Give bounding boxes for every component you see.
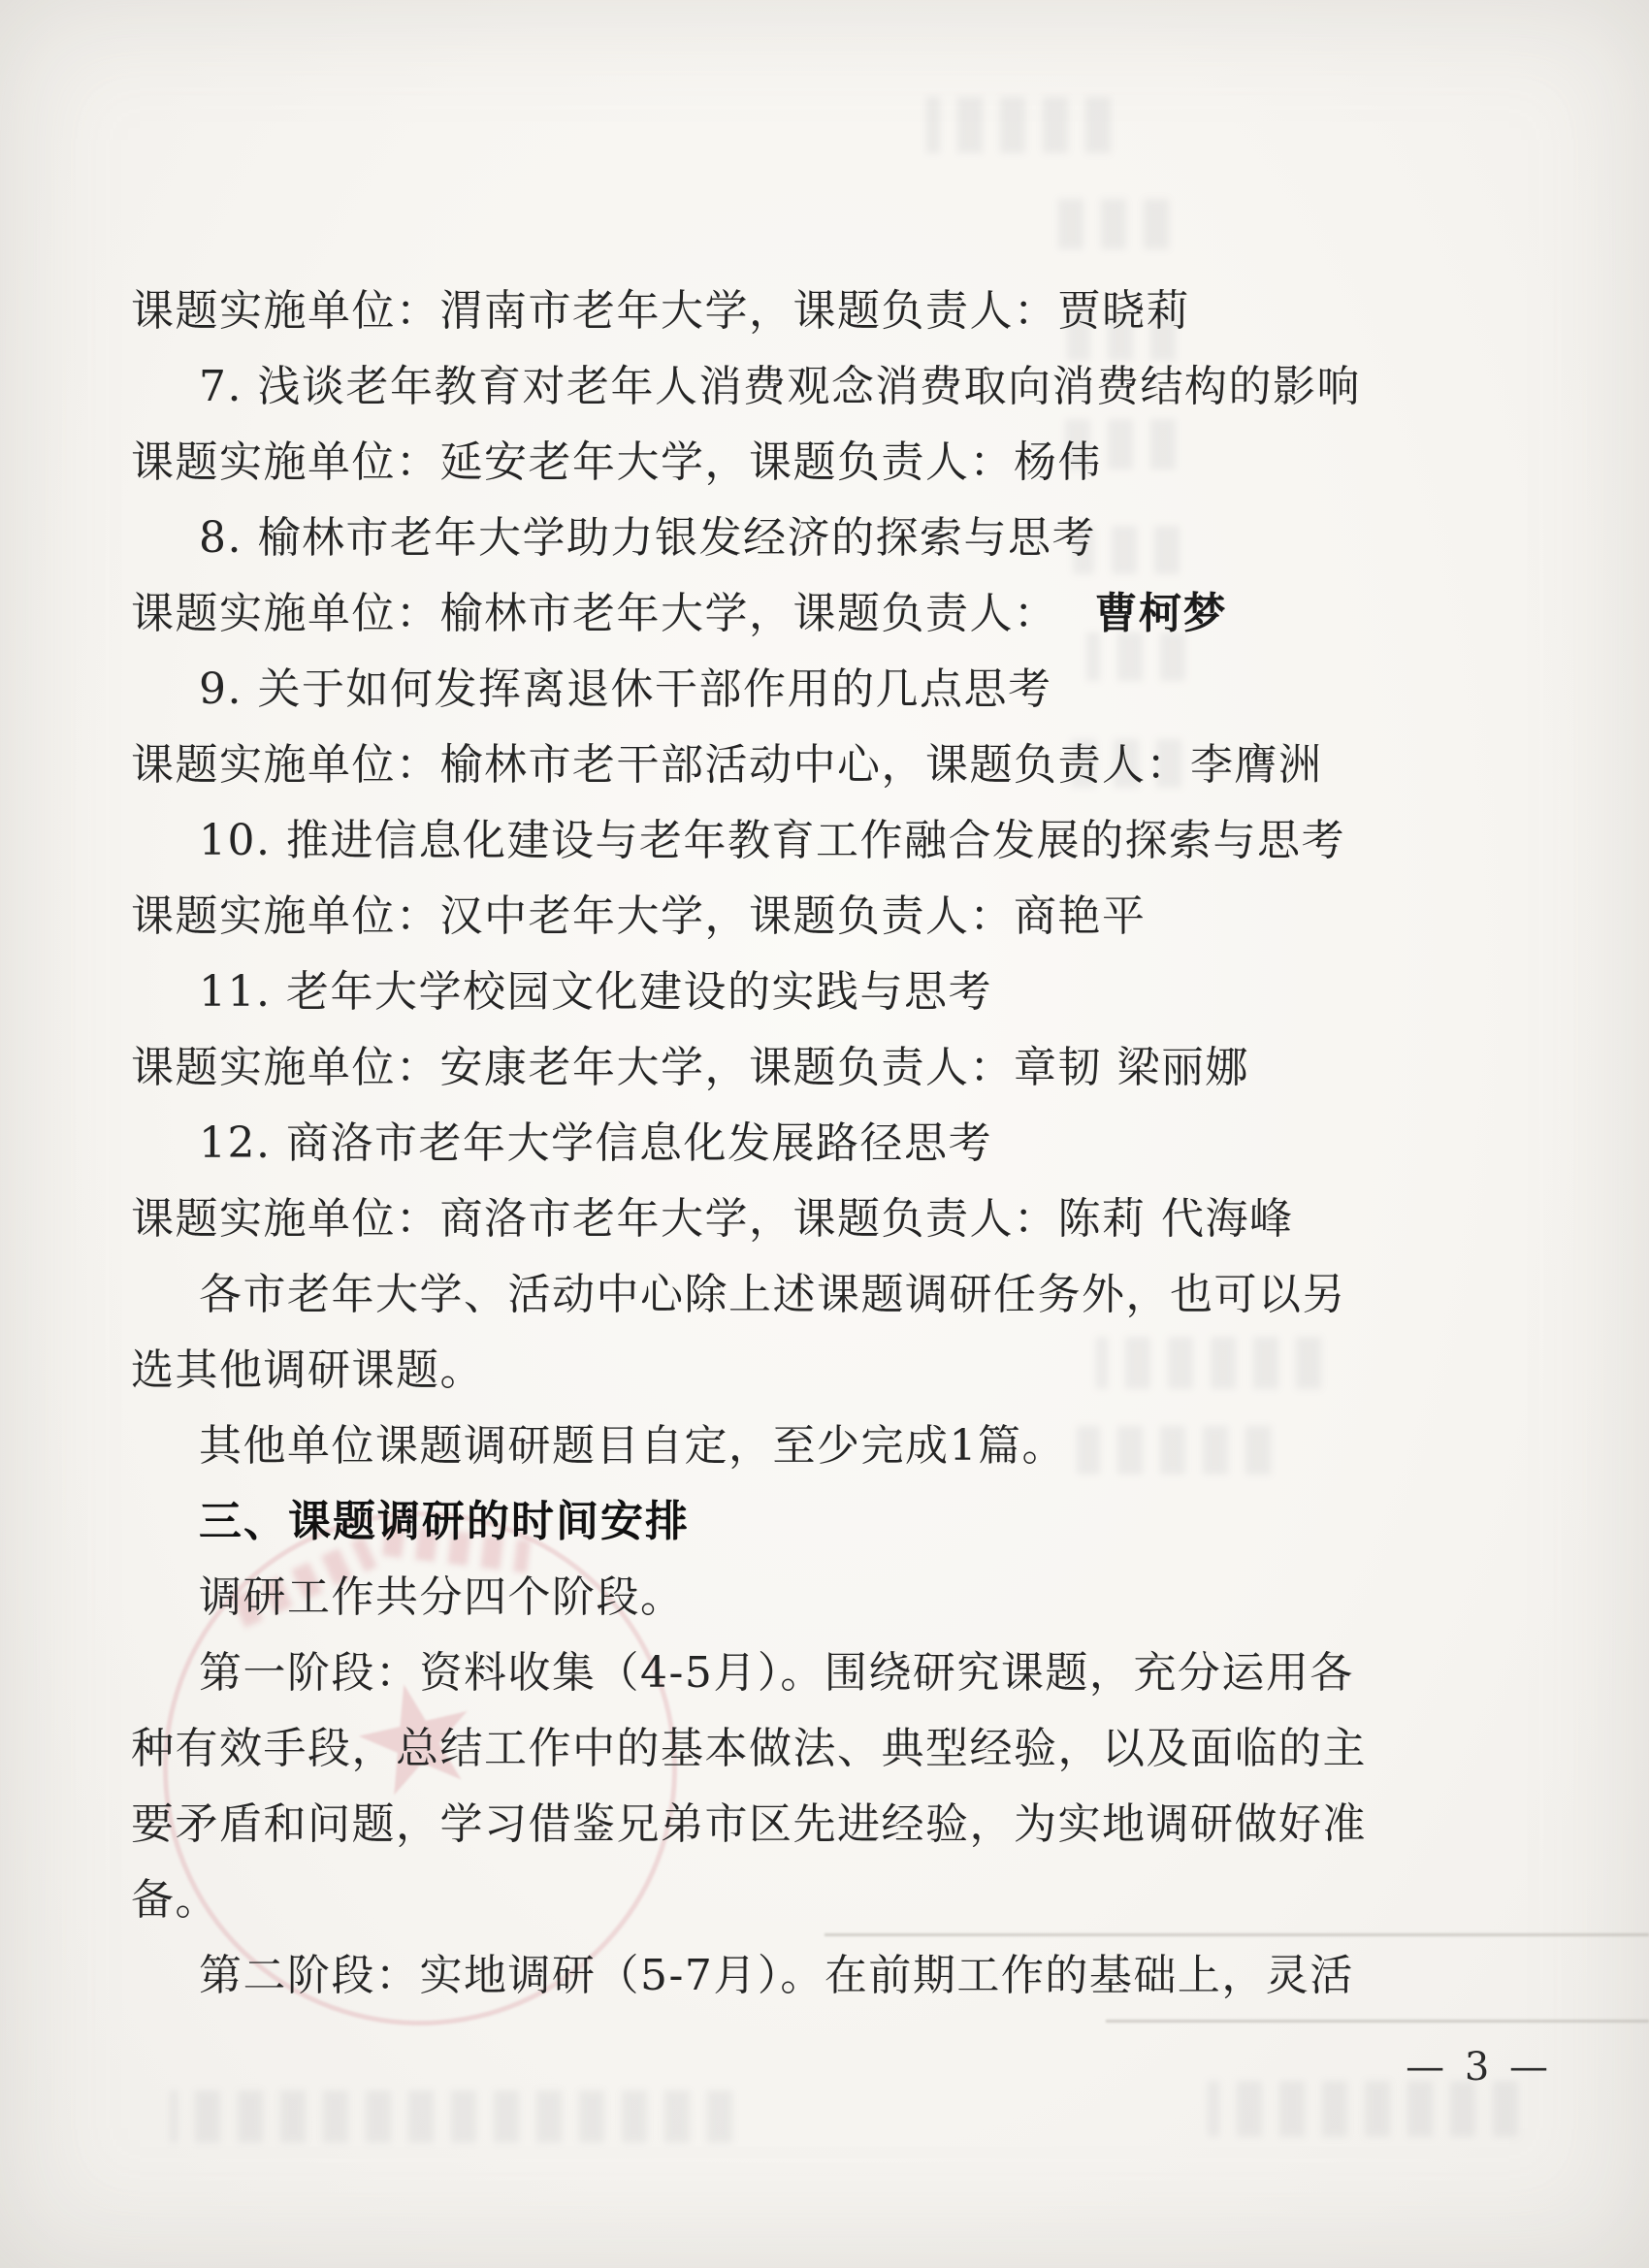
page-number: — 3 —: [1358, 2045, 1552, 2090]
responsible-person-name: 曹柯梦: [1095, 589, 1228, 638]
text-line: 其他单位课题调研题目自定，至少完成1篇。: [131, 1418, 1276, 1494]
text-line: 8. 榆林市老年大学助力银发经济的探索与思考: [131, 510, 1276, 586]
bleedthrough-mark: [170, 2090, 732, 2143]
text-line: 调研工作共分四个阶段。: [131, 1570, 1276, 1645]
text-line: 课题实施单位：延安老年大学，课题负责人：杨伟: [131, 435, 1276, 510]
text-line: 11. 老年大学校园文化建设的实践与思考: [131, 964, 1276, 1040]
text-line: 各市老年大学、活动中心除上述课题调研任务外，也可以另: [131, 1267, 1276, 1343]
text-line: 第一阶段：资料收集（4-5月）。围绕研究课题，充分运用各: [131, 1645, 1276, 1721]
document-page: ★ 课题实施单位：渭南市老年大学，课题负责人：贾晓莉 7. 浅谈老年教育对老年人…: [0, 0, 1649, 2268]
bleedthrough-mark: [926, 97, 1111, 153]
text-line: 课题实施单位：榆林市老干部活动中心，课题负责人：李膺洲: [131, 737, 1276, 813]
text-line: 7. 浅谈老年教育对老年人消费观念消费取向消费结构的影响: [131, 359, 1276, 435]
text-line: 课题实施单位：渭南市老年大学，课题负责人：贾晓莉: [131, 283, 1276, 359]
text-line: 10. 推进信息化建设与老年教育工作融合发展的探索与思考: [131, 813, 1276, 889]
text-line: 要矛盾和问题，学习借鉴兄弟市区先进经验，为实地调研做好准: [131, 1797, 1276, 1872]
text-line: 选其他调研课题。: [131, 1343, 1276, 1418]
text-line: 种有效手段，总结工作中的基本做法、典型经验，以及面临的主: [131, 1721, 1276, 1797]
text-line: 课题实施单位：安康老年大学，课题负责人：章韧 梁丽娜: [131, 1040, 1276, 1116]
text-line: 课题实施单位：汉中老年大学，课题负责人：商艳平: [131, 889, 1276, 964]
document-body: 课题实施单位：渭南市老年大学，课题负责人：贾晓莉 7. 浅谈老年教育对老年人消费…: [131, 283, 1276, 2024]
text-line-label: 课题实施单位：榆林市老年大学，课题负责人：: [131, 589, 1058, 638]
text-line: 第二阶段：实地调研（5-7月）。在前期工作的基础上，灵活: [131, 1948, 1276, 2024]
text-line: 12. 商洛市老年大学信息化发展路径思考: [131, 1116, 1276, 1191]
section-heading: 三、课题调研的时间安排: [131, 1494, 1276, 1570]
text-line: 9. 关于如何发挥离退休干部作用的几点思考: [131, 662, 1276, 737]
text-line: 课题实施单位：商洛市老年大学，课题负责人：陈莉 代海峰: [131, 1191, 1276, 1267]
text-line: 备。: [131, 1872, 1276, 1948]
bleedthrough-mark: [1043, 199, 1169, 249]
text-line: 课题实施单位：榆林市老年大学，课题负责人：曹柯梦: [131, 586, 1276, 662]
